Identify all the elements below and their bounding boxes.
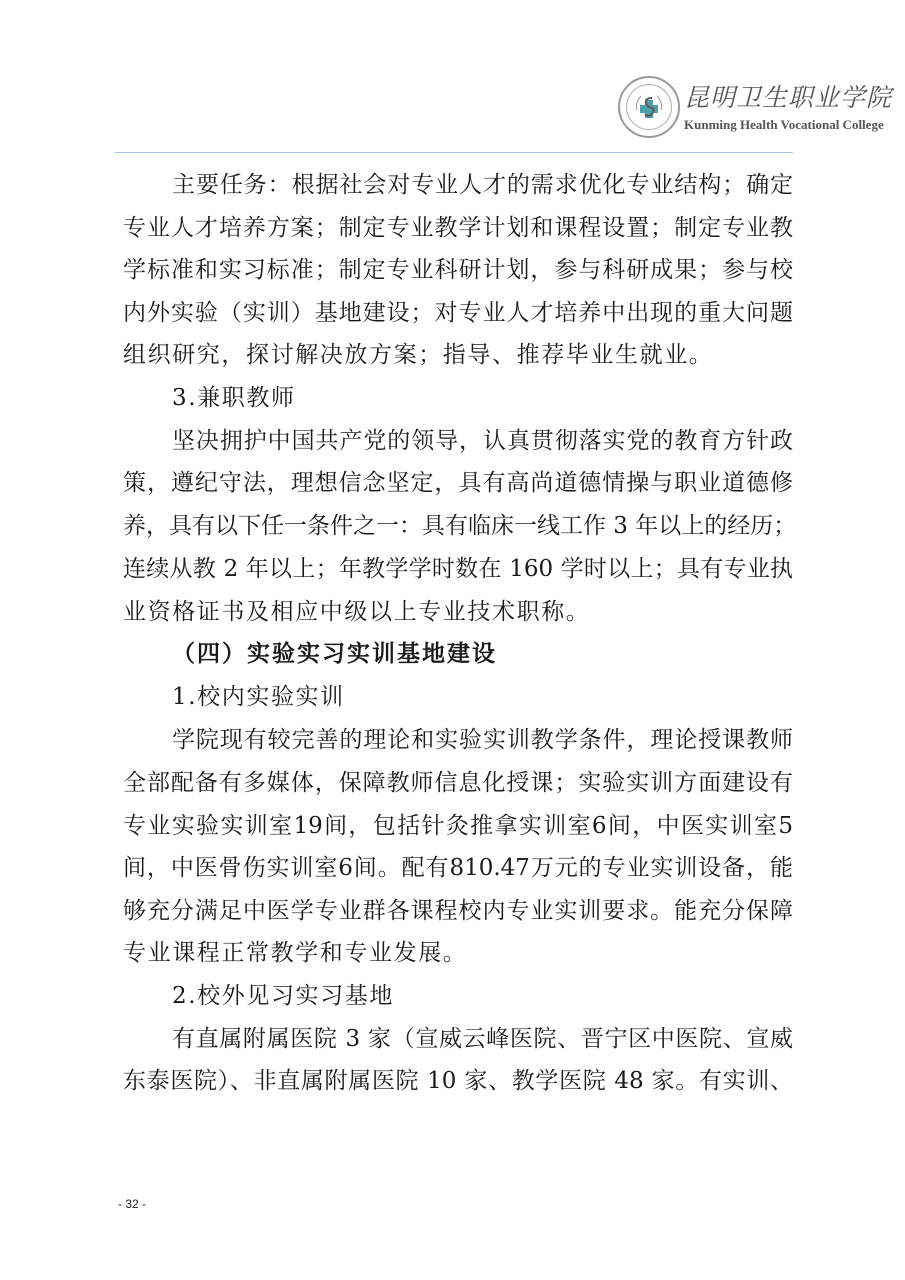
text-line: 东泰医院）、非直属附属医院 10 家、教学医院 48 家。有实训、: [123, 1066, 793, 1096]
text-line: 主要任务：根据社会对专业人才的需求优化专业结构；确定: [172, 170, 793, 200]
header-divider: [115, 152, 793, 153]
text-line: 内外实验（实训）基地建设；对专业人才培养中出现的重大问题: [123, 298, 793, 328]
college-name-english: Kunming Health Vocational College: [684, 117, 884, 133]
section-subheading: 3.兼职教师: [172, 383, 793, 413]
text-line: 间，中医骨伤实训室6间。配有810.47万元的专业实训设备，能: [123, 853, 793, 883]
text-line: 全部配备有多媒体，保障教师信息化授课；实验实训方面建设有: [123, 768, 793, 798]
text-line: 学标准和实习标准；制定专业科研计划，参与科研成果；参与校: [123, 255, 793, 285]
text-line: 策，遵纪守法，理想信念坚定，具有高尚道德情操与职业道德修: [123, 468, 793, 498]
text-line: 专业实验实训室19间，包括针灸推拿实训室6间，中医实训室5: [123, 811, 793, 841]
text-line: 学院现有较完善的理论和实验实训教学条件，理论授课教师: [172, 725, 793, 755]
text-line: 连续从教 2 年以上；年教学学时数在 160 学时以上；具有专业执: [123, 554, 793, 584]
text-line: 业资格证书及相应中级以上专业技术职称。: [123, 597, 793, 627]
page-number: - 32 -: [118, 1197, 146, 1211]
section-subheading: 2.校外见习实习基地: [172, 981, 793, 1011]
text-line: 组织研究，探讨解决放方案；指导、推荐毕业生就业。: [123, 340, 793, 370]
text-line: 坚决拥护中国共产党的领导，认真贯彻落实党的教育方针政: [172, 426, 793, 456]
text-line: 专业人才培养方案；制定专业教学计划和课程设置；制定专业教: [123, 213, 793, 243]
text-line: 养，具有以下任一条件之一：具有临床一线工作 3 年以上的经历；: [123, 511, 793, 541]
section-heading: （四）实验实习实训基地建设: [172, 639, 793, 669]
college-emblem-icon: [618, 76, 680, 138]
text-line: 够充分满足中医学专业群各课程校内专业实训要求。能充分保障: [123, 896, 793, 926]
text-line: 有直属附属医院 3 家（宣威云峰医院、晋宁区中医院、宣威: [172, 1024, 793, 1054]
text-line: 专业课程正常教学和专业发展。: [123, 938, 793, 968]
section-subheading: 1.校内实验实训: [172, 682, 793, 712]
page-header: 昆明卫生职业学院 Kunming Health Vocational Colle…: [0, 0, 905, 160]
college-name-chinese: 昆明卫生职业学院: [684, 83, 884, 113]
